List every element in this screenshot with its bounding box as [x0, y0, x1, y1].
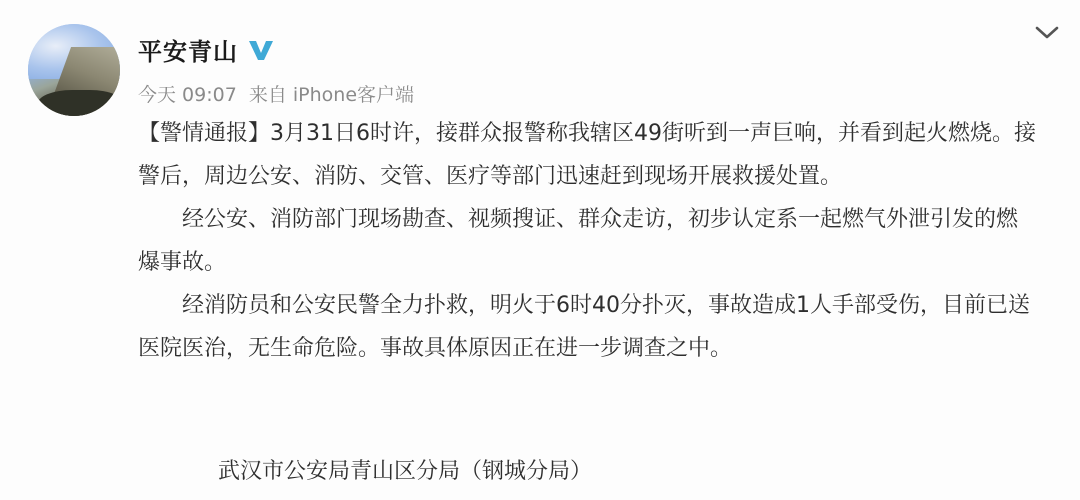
chevron-down-icon[interactable]: [1034, 24, 1060, 42]
post-signature: 武汉市公安局青山区分局（钢城分局）: [218, 454, 592, 485]
avatar[interactable]: [28, 24, 120, 116]
author-row: 平安青山: [138, 32, 274, 67]
post-body: 【警情通报】3月31日6时许，接群众报警称我辖区49街听到一声巨响，并看到起火燃…: [138, 112, 1038, 370]
avatar-trees: [37, 90, 120, 116]
author-name[interactable]: 平安青山: [138, 32, 238, 67]
verified-v-icon: [248, 39, 274, 61]
post-time[interactable]: 今天 09:07: [138, 84, 237, 106]
post-paragraph: 经公安、消防部门现场勘查、视频搜证、群众走访，初步认定系一起燃气外泄引发的燃爆事…: [138, 198, 1038, 284]
post-source: 来自 iPhone客户端: [249, 84, 414, 106]
post-meta: 今天 09:07 来自 iPhone客户端: [138, 80, 420, 107]
post-paragraph: 经消防员和公安民警全力扑救，明火于6时40分扑灭，事故造成1人手部受伤，目前已送…: [138, 284, 1038, 370]
post-paragraph: 【警情通报】3月31日6时许，接群众报警称我辖区49街听到一声巨响，并看到起火燃…: [138, 112, 1038, 198]
